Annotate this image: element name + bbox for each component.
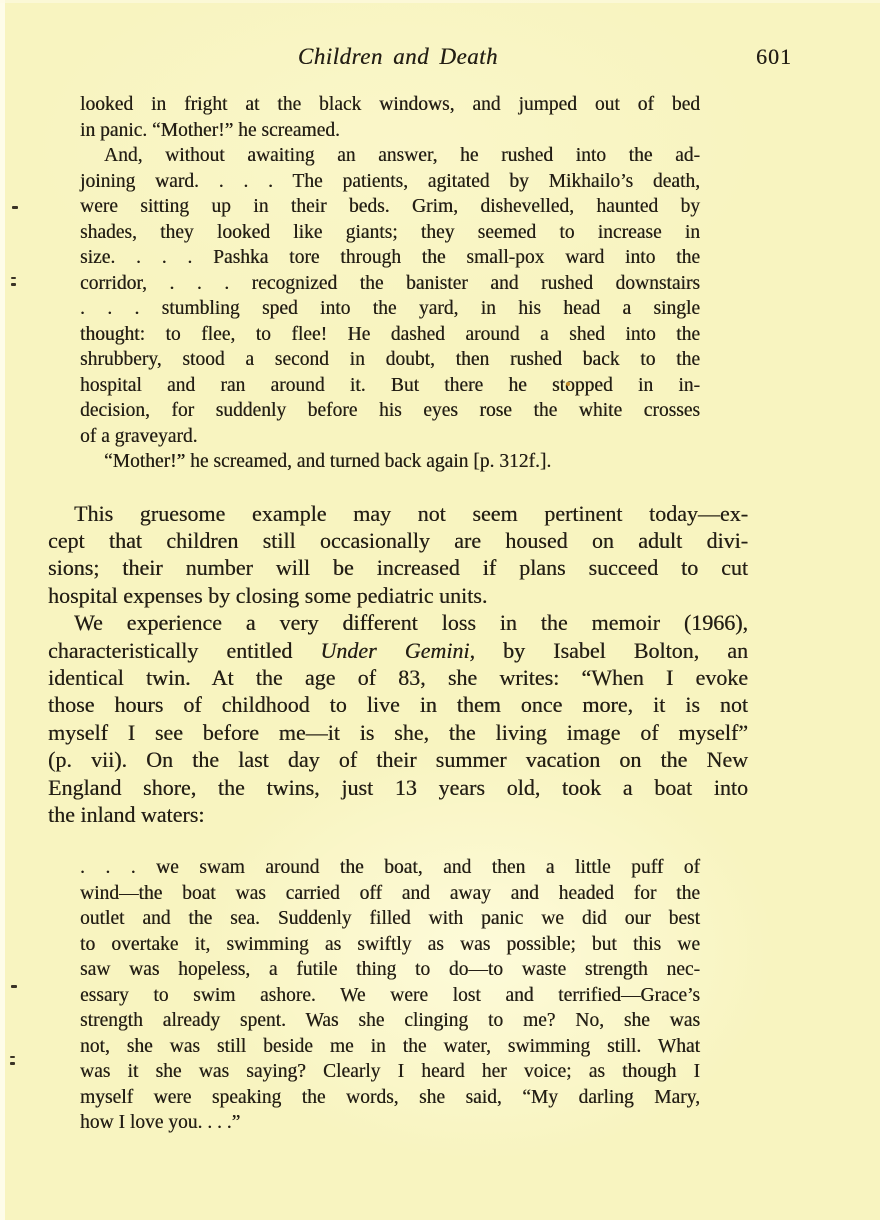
text-line: hospital and ran around it. But there he… [80, 373, 700, 399]
text-line: hospital expenses by closing some pediat… [48, 582, 748, 609]
text-line: cept that children still occasionally ar… [48, 527, 748, 554]
block-quote: . . . we swam around the boat, and then … [80, 855, 700, 1136]
text-line: in panic. “Mother!” he screamed. [80, 118, 700, 144]
text-line: of a graveyard. [80, 424, 700, 450]
text-line: corridor, . . . recognized the banister … [80, 271, 700, 297]
paragraph: This gruesome example may not seem perti… [48, 500, 748, 610]
text-line: strength already spent. Was she clinging… [80, 1008, 700, 1034]
text-line: how I love you. . . .” [80, 1110, 700, 1136]
text-line: decision, for suddenly before his eyes r… [80, 398, 700, 424]
scan-edge-top [0, 0, 880, 3]
text-line: not, she was still beside me in the wate… [80, 1034, 700, 1060]
text-line: sions; their number will be increased if… [48, 554, 748, 581]
ink-speck [566, 382, 570, 386]
text-line: (p. vii). On the last day of their summe… [48, 746, 748, 773]
ink-speck [12, 206, 18, 209]
text-line: joining ward. . . . The patients, agitat… [80, 169, 700, 195]
ink-speck [10, 1056, 15, 1058]
block-quote: looked in fright at the black windows, a… [80, 92, 700, 475]
paragraph: We experience a very different loss in t… [48, 609, 748, 828]
text-line: were sitting up in their beds. Grim, dis… [80, 194, 700, 220]
ink-speck [11, 985, 17, 988]
text-line: was it she was saying? Clearly I heard h… [80, 1059, 700, 1085]
text-line: We experience a very different loss in t… [48, 609, 748, 636]
text-line: myself I see before me—it is she, the li… [48, 719, 748, 746]
text-line: “Mother!” he screamed, and turned back a… [80, 449, 700, 475]
page-number: 601 [756, 44, 792, 70]
text-line: shades, they looked like giants; they se… [80, 220, 700, 246]
scan-edge-left [0, 0, 5, 1220]
text-line: looked in fright at the black windows, a… [80, 92, 700, 118]
text-line: thought: to flee, to flee! He dashed aro… [80, 322, 700, 348]
book-page: Children and Death 601 looked in fright … [0, 0, 880, 1220]
text-line: the inland waters: [48, 801, 748, 828]
text-line: And, without awaiting an answer, he rush… [80, 143, 700, 169]
text-line: wind—the boat was carried off and away a… [80, 881, 700, 907]
text-line: those hours of childhood to live in them… [48, 691, 748, 718]
text-line: essary to swim ashore. We were lost and … [80, 983, 700, 1009]
text-line: identical twin. At the age of 83, she wr… [48, 664, 748, 691]
ink-speck [11, 283, 16, 286]
text-line: size. . . . Pashka tore through the smal… [80, 245, 700, 271]
page-body: looked in fright at the black windows, a… [48, 92, 748, 1136]
text-line: outlet and the sea. Suddenly filled with… [80, 906, 700, 932]
running-head-title: Children and Death [48, 44, 748, 70]
ink-speck [11, 277, 16, 279]
text-line: England shore, the twins, just 13 years … [48, 774, 748, 801]
text-line: shrubbery, stood a second in doubt, then… [80, 347, 700, 373]
text-line: . . . we swam around the boat, and then … [80, 855, 700, 881]
text-line: . . . stumbling sped into the yard, in h… [80, 296, 700, 322]
text-line: characteristically entitled Under Gemini… [48, 637, 748, 664]
text-line: to overtake it, swimming as swiftly as w… [80, 932, 700, 958]
text-line: saw was hopeless, a futile thing to do—t… [80, 957, 700, 983]
text-line: myself were speaking the words, she said… [80, 1085, 700, 1111]
ink-speck [10, 1062, 15, 1065]
text-line: This gruesome example may not seem perti… [48, 500, 748, 527]
